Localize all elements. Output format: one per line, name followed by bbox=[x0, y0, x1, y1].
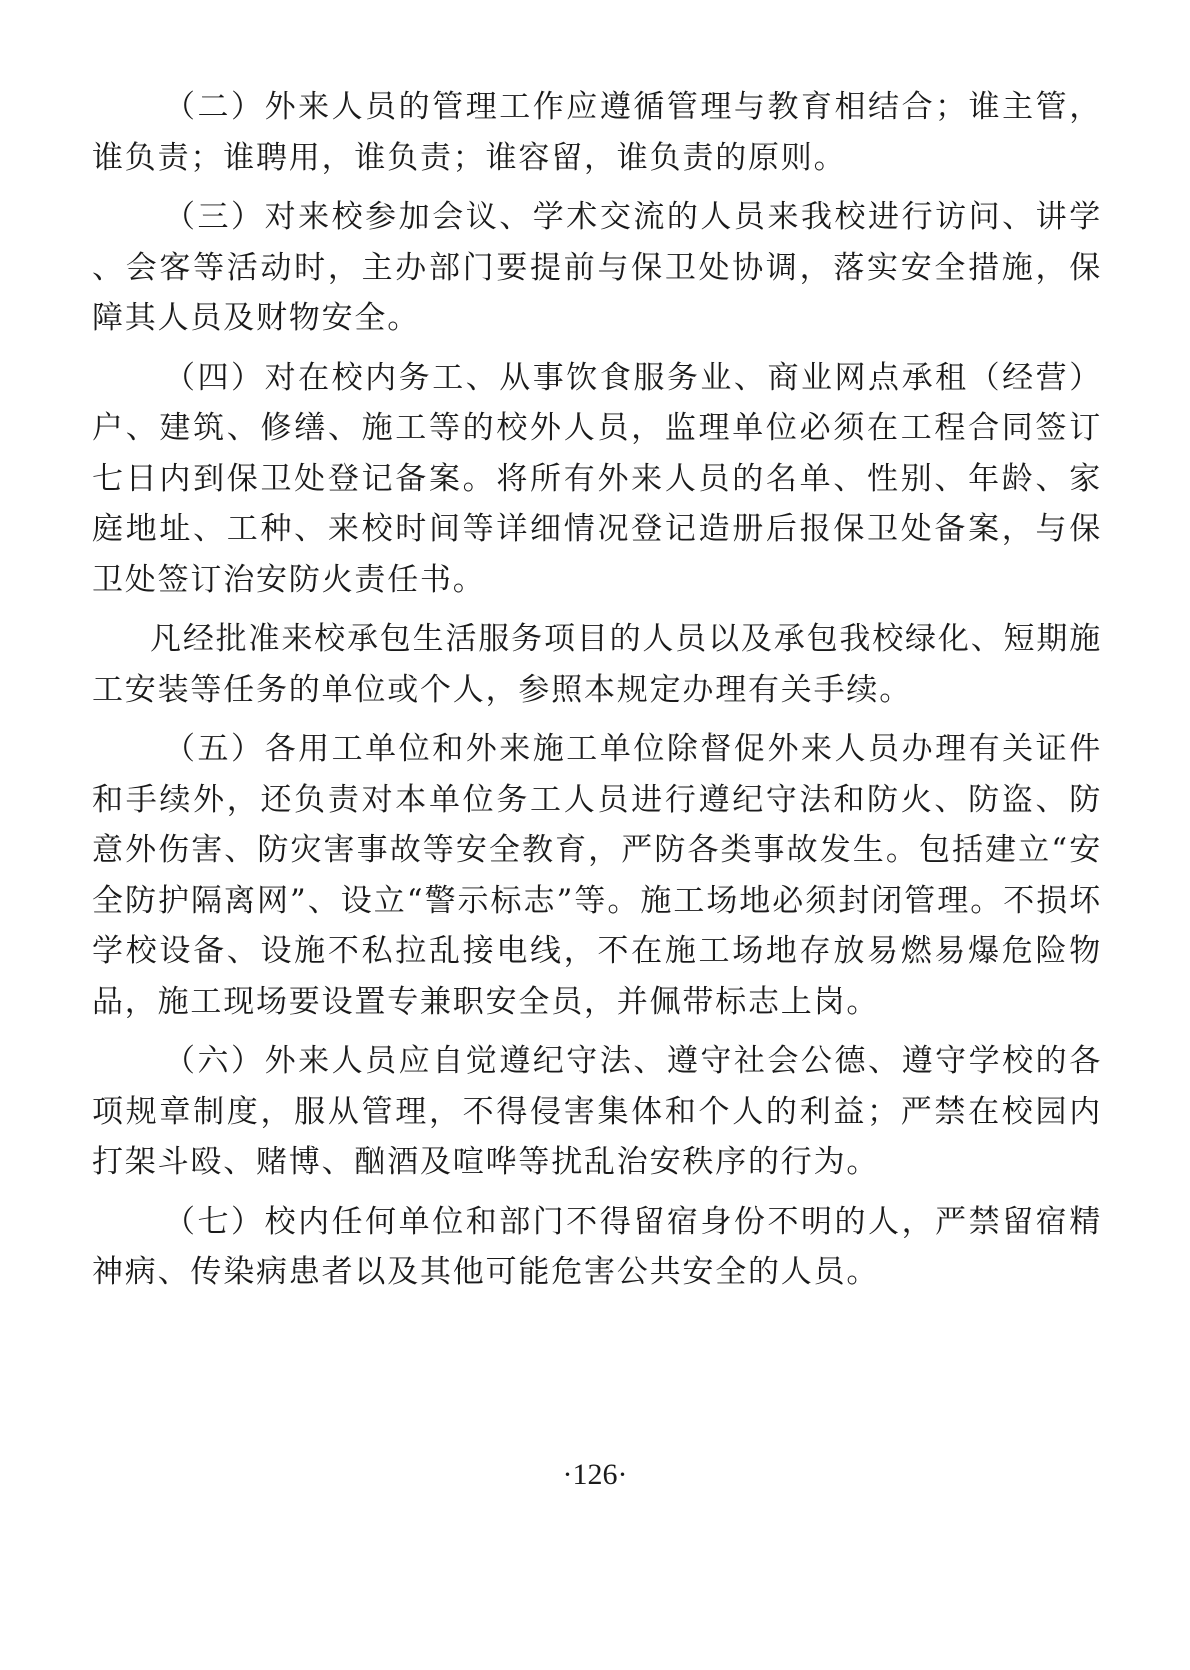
paragraph-item-4: （四）对在校内务工、从事饮食服务业、商业网点承租（经营）户、建筑、修缮、施工等的… bbox=[92, 353, 1102, 606]
paragraph-item-2: （二）外来人员的管理工作应遵循管理与教育相结合；谁主管，谁负责；谁聘用，谁负责；… bbox=[92, 82, 1102, 183]
paragraph-item-7: （七）校内任何单位和部门不得留宿身份不明的人，严禁留宿精神病、传染病患者以及其他… bbox=[92, 1197, 1102, 1298]
page-number: ·126· bbox=[0, 1458, 1190, 1492]
paragraph-item-4-note: 凡经批准来校承包生活服务项目的人员以及承包我校绿化、短期施工安装等任务的单位或个… bbox=[92, 614, 1102, 715]
paragraph-item-5: （五）各用工单位和外来施工单位除督促外来人员办理有关证件和手续外，还负责对本单位… bbox=[92, 724, 1102, 1027]
paragraph-item-6: （六）外来人员应自觉遵纪守法、遵守社会公德、遵守学校的各项规章制度，服从管理，不… bbox=[92, 1036, 1102, 1188]
document-body: （二）外来人员的管理工作应遵循管理与教育相结合；谁主管，谁负责；谁聘用，谁负责；… bbox=[92, 82, 1102, 1307]
paragraph-item-3: （三）对来校参加会议、学术交流的人员来我校进行访问、讲学、会客等活动时，主办部门… bbox=[92, 192, 1102, 344]
